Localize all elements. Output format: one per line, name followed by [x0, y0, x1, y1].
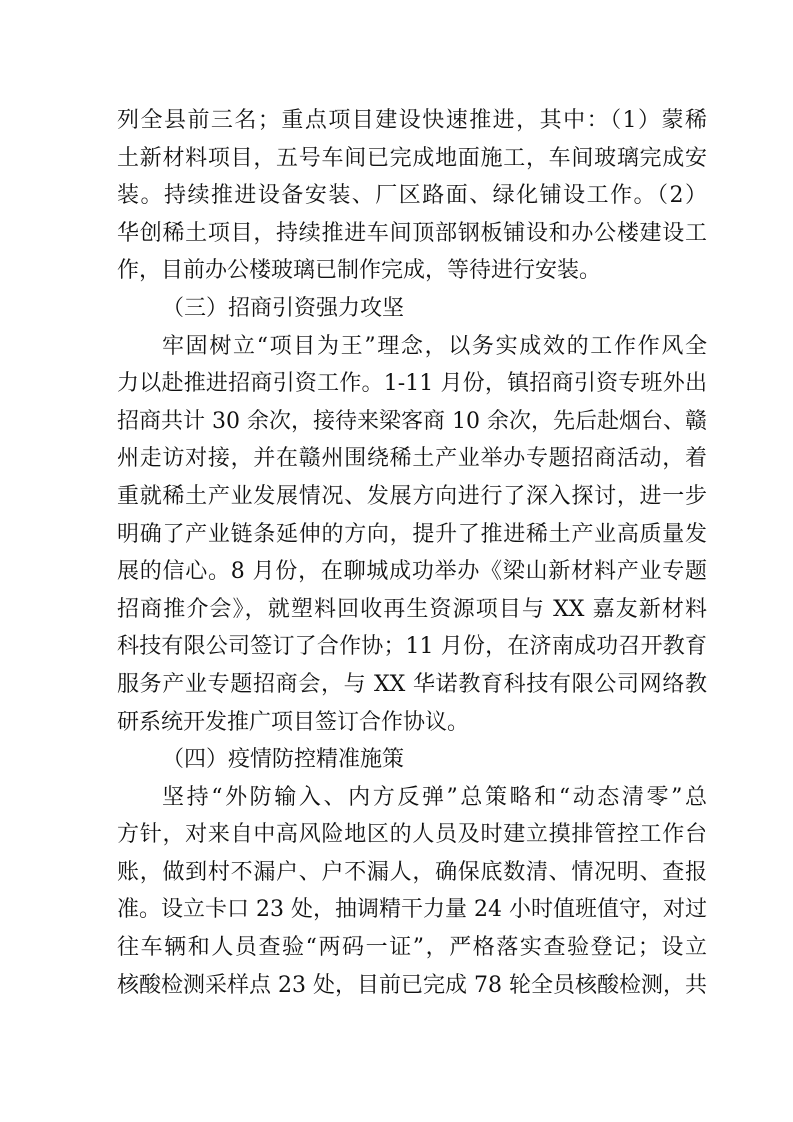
section-heading: （三）招商引资强力攻坚 [117, 290, 707, 328]
text-line: 重就稀土产业发展情况、发展方向进行了深入探讨，进一步 [117, 478, 707, 516]
text-line: 服务产业专题招商会，与 XX 华诺教育科技有限公司网络教 [117, 666, 707, 704]
heading-line: （四）疫情防控精准施策 [117, 741, 707, 779]
heading-line: （三）招商引资强力攻坚 [117, 290, 707, 328]
text-line: 核酸检测采样点 23 处，目前已完成 78 轮全员核酸检测，共 [117, 967, 707, 1005]
text-line: 坚持“外防输入、内方反弹”总策略和“动态清零”总 [117, 779, 707, 817]
text-line: 装。持续推进设备安装、厂区路面、绿化铺设工作。（2） [117, 177, 707, 215]
paragraph: 牢固树立“项目为王”理念，以务实成效的工作作风全力以赴推进招商引资工作。1-11… [117, 328, 707, 742]
text-line: 作，目前办公楼玻璃已制作完成，等待进行安装。 [117, 252, 707, 290]
paragraph: 列全县前三名；重点项目建设快速推进，其中：（1）蒙稀土新材料项目，五号车间已完成… [117, 102, 707, 290]
paragraph: 坚持“外防输入、内方反弹”总策略和“动态清零”总方针，对来自中高风险地区的人员及… [117, 779, 707, 1005]
text-line: 招商共计 30 余次，接待来梁客商 10 余次，先后赴烟台、赣 [117, 403, 707, 441]
text-line: 牢固树立“项目为王”理念，以务实成效的工作作风全 [117, 328, 707, 366]
text-line: 土新材料项目，五号车间已完成地面施工，车间玻璃完成安 [117, 140, 707, 178]
text-line: 科技有限公司签订了合作协；11 月份，在济南成功召开教育 [117, 628, 707, 666]
text-line: 明确了产业链条延伸的方向，提升了推进稀土产业高质量发 [117, 516, 707, 554]
text-line: 展的信心。8 月份，在聊城成功举办《梁山新材料产业专题 [117, 553, 707, 591]
text-line: 州走访对接，并在赣州围绕稀土产业举办专题招商活动，着 [117, 440, 707, 478]
text-line: 往车辆和人员查验“两码一证”，严格落实查验登记；设立 [117, 929, 707, 967]
section-heading: （四）疫情防控精准施策 [117, 741, 707, 779]
text-line: 准。设立卡口 23 处，抽调精干力量 24 小时值班值守，对过 [117, 891, 707, 929]
document-text-block: 列全县前三名；重点项目建设快速推进，其中：（1）蒙稀土新材料项目，五号车间已完成… [117, 102, 707, 1004]
document-page: 列全县前三名；重点项目建设快速推进，其中：（1）蒙稀土新材料项目，五号车间已完成… [0, 0, 793, 1122]
text-line: 方针，对来自中高风险地区的人员及时建立摸排管控工作台 [117, 816, 707, 854]
text-line: 华创稀土项目，持续推进车间顶部钢板铺设和办公楼建设工 [117, 215, 707, 253]
text-line: 招商推介会》，就塑料回收再生资源项目与 XX 嘉友新材料 [117, 591, 707, 629]
text-line: 列全县前三名；重点项目建设快速推进，其中：（1）蒙稀 [117, 102, 707, 140]
text-line: 研系统开发推广项目签订合作协议。 [117, 704, 707, 742]
text-line: 力以赴推进招商引资工作。1-11 月份，镇招商引资专班外出 [117, 365, 707, 403]
text-line: 账，做到村不漏户、户不漏人，确保底数清、情况明、查报 [117, 854, 707, 892]
